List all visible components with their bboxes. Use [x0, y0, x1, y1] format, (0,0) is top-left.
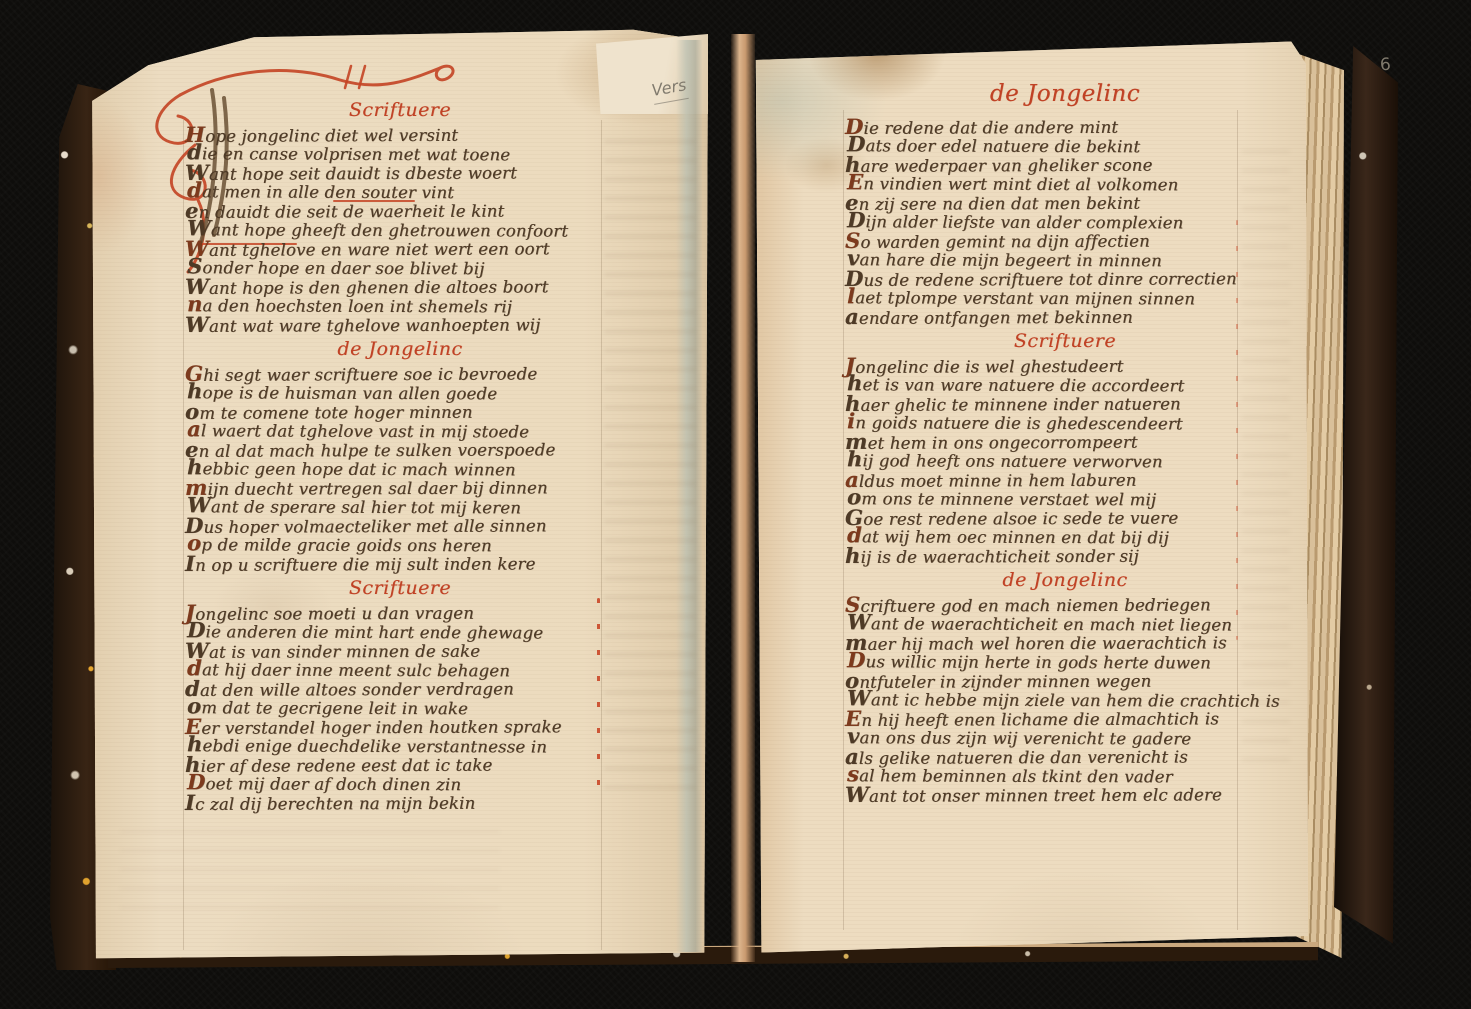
verse-line: So warden gemint na dijn affectien [845, 229, 1285, 250]
rubric-heading: de Jongelinc [845, 80, 1285, 114]
verse-line: en zij sere na dien dat men bekint [845, 191, 1285, 212]
verse-line: Die anderen die mint hart ende ghewage [187, 620, 617, 641]
verse-line: Doet mij daer af doch dinen zin [187, 772, 617, 793]
verse-block: Scriftuere god en mach niemen bedriegenW… [845, 592, 1285, 807]
verse-block: Jongelinc soe moeti u dan vragenDie ande… [185, 600, 615, 815]
folio-number: 6 [1379, 55, 1391, 76]
ink-show-through [120, 830, 500, 920]
verse-line: om ons te minnene verstaet wel mij [847, 487, 1287, 508]
verse-line: En vindien wert mint diet al volkomen [847, 172, 1287, 193]
verse-line: van ons dus zijn wij verenicht te gadere [847, 726, 1287, 747]
verse-line: hij god heeft ons natuere verworven [847, 449, 1287, 470]
verse-line: Ghi segt waer scriftuere soe ic bevroede [185, 362, 615, 383]
verse-line: hare wederpaer van gheliker scone [845, 153, 1285, 174]
rubric-heading: Scriftuere [185, 98, 615, 122]
verse-line: dat den wille altoes sonder verdragen [185, 677, 615, 698]
verse-line: Hope jongelinc diet wel versint [185, 123, 615, 144]
verse-line: en al dat mach hulpe te sulken voerspoed… [185, 438, 615, 459]
rubric-heading: de Jongelinc [845, 568, 1285, 592]
verse-line: Scriftuere god en mach niemen bedriegen [845, 593, 1285, 614]
verse-line: met hem in ons ongecorrompeert [845, 430, 1285, 451]
verse-line: dat hij daer inne meent sulc behagen [187, 658, 617, 679]
verse-line: aendare ontfangen met bekinnen [845, 305, 1285, 326]
verse-line: Sonder hope en daer soe blivet bij [187, 256, 617, 277]
verse-line: op de milde gracie goids ons heren [187, 533, 617, 554]
ink-show-through [604, 140, 696, 790]
verse-line: hij is de waerachticheit sonder sij [845, 544, 1285, 565]
verse-line: Want hope gheeft den ghetrouwen confoort [187, 218, 617, 239]
verse-line: van hare die mijn begeert in minnen [847, 248, 1287, 269]
ruled-line [843, 110, 844, 930]
verse-block: Die redene dat die andere mintDats doer … [845, 114, 1285, 329]
verse-line: Die redene dat die andere mint [845, 115, 1285, 136]
verse-line: hope is de huisman van allen goede [187, 381, 617, 402]
gutter-fold [731, 34, 755, 962]
verse-line: Want tot onser minnen treet hem elc ader… [845, 783, 1285, 804]
verse-line: dat wij hem oec minnen en dat bij dij [847, 525, 1287, 546]
verse-block: Jongelinc die is wel ghestudeerthet is v… [845, 353, 1285, 568]
verse-line: En hij heeft enen lichame die almachtich… [845, 707, 1285, 728]
verse-line: dat men in alle den souter vint [187, 180, 617, 201]
verse-line: In op u scriftuere die mij sult inden ke… [185, 552, 615, 573]
verse-line: Ic zal dij berechten na mijn bekin [185, 791, 615, 812]
verse-line: maer hij mach wel horen die waerachtich … [845, 631, 1285, 652]
verse-line: Dus de redene scriftuere tot dinre corre… [845, 267, 1285, 288]
verse-line: Want wat ware tghelove wanhoepten wij [185, 313, 615, 334]
verse-line: en dauidt die seit de waerheit le kint [185, 199, 615, 220]
verse-line: als gelike natueren die dan verenicht is [845, 745, 1285, 766]
verse-line: na den hoechsten loen int shemels rij [187, 294, 617, 315]
verse-line: Dus hoper volmaecteliker met alle sinnen [185, 514, 615, 535]
rubric-heading: de Jongelinc [185, 337, 615, 361]
verse-line: Goe rest redene alsoe ic sede te vuere [845, 506, 1285, 527]
verse-line: Dijn alder liefste van alder complexien [847, 210, 1287, 231]
verse-line: al waert dat tghelove vast in mij stoede [187, 419, 617, 440]
verse-line: in goids natuere die is ghedescendeert [847, 411, 1287, 432]
verse-line: hebdi enige duechdelike verstantnesse in [187, 734, 617, 755]
verse-line: mijn duecht vertregen sal daer bij dinne… [185, 476, 615, 497]
manuscript-photo: ScriftuereHope jongelinc diet wel versin… [0, 0, 1471, 1009]
verse-line: om dat te gecrigene leit in wake [187, 696, 617, 717]
verse-line: Want hope seit dauidt is dbeste woert [185, 161, 615, 182]
verse-line: Want tghelove en ware niet wert een oort [185, 237, 615, 258]
verse-line: Want hope is den ghenen die altoes boort [185, 275, 615, 296]
verse-line: om te comene tote hoger minnen [185, 400, 615, 421]
verse-line: het is van ware natuere die accordeert [847, 373, 1287, 394]
right-page-text-column: de JongelincDie redene dat die andere mi… [845, 80, 1285, 807]
verse-line: hebbic geen hope dat ic mach winnen [187, 457, 617, 478]
verse-line: Eer verstandel hoger inden houtken sprak… [185, 715, 615, 736]
verse-block: Ghi segt waer scriftuere soe ic bevroede… [185, 361, 615, 576]
verse-line: Want ic hebbe mijn ziele van hem die cra… [847, 688, 1287, 709]
verse-line: ontfuteler in zijnder minnen wegen [845, 669, 1285, 690]
left-page-text-column: ScriftuereHope jongelinc diet wel versin… [185, 98, 615, 815]
verse-line: Want de waerachticheit en mach niet lieg… [847, 612, 1287, 633]
verse-line: haer ghelic te minnene inder natueren [845, 392, 1285, 413]
verse-block: Hope jongelinc diet wel versintdie en ca… [185, 122, 615, 337]
verse-line: sal hem beminnen als tkint den vader [847, 764, 1287, 785]
rubric-heading: Scriftuere [845, 329, 1285, 353]
verse-line: Wat is van sinder minnen de sake [185, 639, 615, 660]
verse-line: laet tplompe verstant van mijnen sinnen [847, 286, 1287, 307]
verse-line: Want de sperare sal hier tot mij keren [187, 495, 617, 516]
rubric-heading: Scriftuere [185, 576, 615, 600]
verse-line: Jongelinc die is wel ghestudeert [845, 354, 1285, 375]
verse-line: aldus moet minne in hem laburen [845, 468, 1285, 489]
verse-line: die en canse volprisen met wat toene [187, 142, 617, 163]
verse-line: Dats doer edel natuere die bekint [847, 134, 1287, 155]
verse-line: hier af dese redene eest dat ic take [185, 753, 615, 774]
verse-line: Dus willic mijn herte in gods herte duwe… [847, 650, 1287, 671]
verse-line: Jongelinc soe moeti u dan vragen [185, 601, 615, 622]
